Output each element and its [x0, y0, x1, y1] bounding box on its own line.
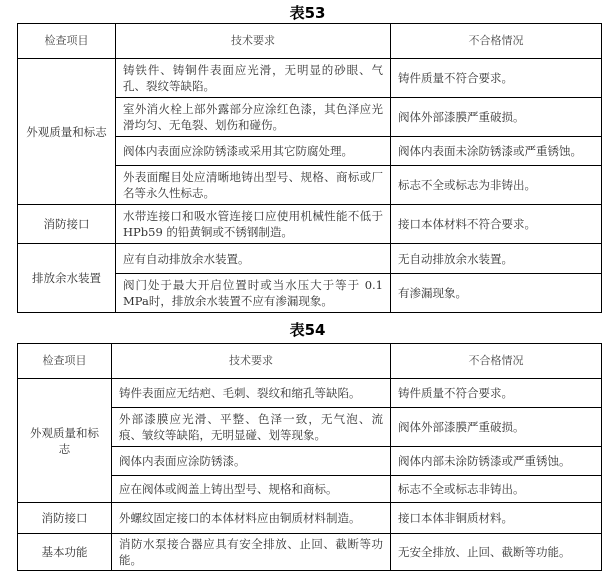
table-row: 消防接口 外螺纹固定接口的本体材料应由铜质材料制造。 接口本体非铜质材料。 [18, 503, 602, 534]
failure-cell: 阀体内表面未涂防锈漆或严重锈蚀。 [391, 137, 602, 166]
header-row: 检查项目 技术要求 不合格情况 [18, 344, 602, 379]
requirement-cell: 铸铁件、铸铜件表面应光滑，无明显的砂眼、气孔、裂纹等缺陷。 [116, 59, 391, 98]
table-row: 消防接口 水带连接口和吸水管连接口应使用机械性能不低于HPb59 的铅黄铜或不锈… [18, 205, 602, 244]
category-cell: 消防接口 [18, 503, 112, 534]
category-cell: 外观质量和标志 [18, 59, 116, 205]
table-53-caption: 表53 [0, 2, 615, 23]
requirement-cell: 水带连接口和吸水管连接口应使用机械性能不低于HPb59 的铅黄铜或不锈钢制造。 [116, 205, 391, 244]
failure-cell: 铸件质量不符合要求。 [391, 379, 602, 408]
table-row: 排放余水装置 应有自动排放余水装置。 无自动排放余水装置。 [18, 244, 602, 274]
header-nonconformity: 不合格情况 [391, 24, 602, 59]
header-nonconformity: 不合格情况 [391, 344, 602, 379]
table-54: 检查项目 技术要求 不合格情况 外观质量和标志 铸件表面应无结疤、毛刺、裂纹和缩… [17, 343, 602, 571]
category-cell: 外观质量和标志 [18, 379, 112, 503]
requirement-cell: 阀体内表面应涂防锈漆或采用其它防腐处理。 [116, 137, 391, 166]
header-technical-requirement: 技术要求 [116, 24, 391, 59]
requirement-cell: 应有自动排放余水装置。 [116, 244, 391, 274]
failure-cell: 标志不全或标志为非铸出。 [391, 166, 602, 205]
table-54-caption: 表54 [0, 319, 615, 340]
header-inspection-item: 检查项目 [18, 344, 112, 379]
requirement-cell: 消防水泵接合器应具有安全排放、止回、截断等功能。 [112, 534, 391, 571]
category-cell: 基本功能 [18, 534, 112, 571]
table-row: 外观质量和标志 铸铁件、铸铜件表面应光滑，无明显的砂眼、气孔、裂纹等缺陷。 铸件… [18, 59, 602, 98]
header-technical-requirement: 技术要求 [112, 344, 391, 379]
failure-cell: 阀体外部漆膜严重破损。 [391, 98, 602, 137]
category-cell: 消防接口 [18, 205, 116, 244]
requirement-cell: 阀体内表面应涂防锈漆。 [112, 447, 391, 476]
failure-cell: 有渗漏现象。 [391, 274, 602, 313]
table-53: 检查项目 技术要求 不合格情况 外观质量和标志 铸铁件、铸铜件表面应光滑，无明显… [17, 23, 602, 313]
table-row: 基本功能 消防水泵接合器应具有安全排放、止回、截断等功能。 无安全排放、止回、截… [18, 534, 602, 571]
requirement-cell: 铸件表面应无结疤、毛刺、裂纹和缩孔等缺陷。 [112, 379, 391, 408]
failure-cell: 铸件质量不符合要求。 [391, 59, 602, 98]
category-cell: 排放余水装置 [18, 244, 116, 313]
requirement-cell: 外部漆膜应光滑、平整、色泽一致，无气泡、流痕、皱纹等缺陷，无明显碰、划等现象。 [112, 408, 391, 447]
requirement-cell: 阀门处于最大开启位置时或当水压大于等于 0.1 MPa时，排放余水装置不应有渗漏… [116, 274, 391, 313]
failure-cell: 接口本体非铜质材料。 [391, 503, 602, 534]
header-inspection-item: 检查项目 [18, 24, 116, 59]
requirement-cell: 外螺纹固定接口的本体材料应由铜质材料制造。 [112, 503, 391, 534]
failure-cell: 阀体外部漆膜严重破损。 [391, 408, 602, 447]
requirement-cell: 室外消火栓上部外露部分应涂红色漆，其色泽应光滑均匀、无龟裂、划伤和碰伤。 [116, 98, 391, 137]
failure-cell: 阀体内部未涂防锈漆或严重锈蚀。 [391, 447, 602, 476]
failure-cell: 接口本体材料不符合要求。 [391, 205, 602, 244]
requirement-cell: 应在阀体或阀盖上铸出型号、规格和商标。 [112, 476, 391, 503]
failure-cell: 标志不全或标志非铸出。 [391, 476, 602, 503]
failure-cell: 无自动排放余水装置。 [391, 244, 602, 274]
failure-cell: 无安全排放、止回、截断等功能。 [391, 534, 602, 571]
table-row: 外观质量和标志 铸件表面应无结疤、毛刺、裂纹和缩孔等缺陷。 铸件质量不符合要求。 [18, 379, 602, 408]
header-row: 检查项目 技术要求 不合格情况 [18, 24, 602, 59]
requirement-cell: 外表面醒目处应清晰地铸出型号、规格、商标或厂名等永久性标志。 [116, 166, 391, 205]
